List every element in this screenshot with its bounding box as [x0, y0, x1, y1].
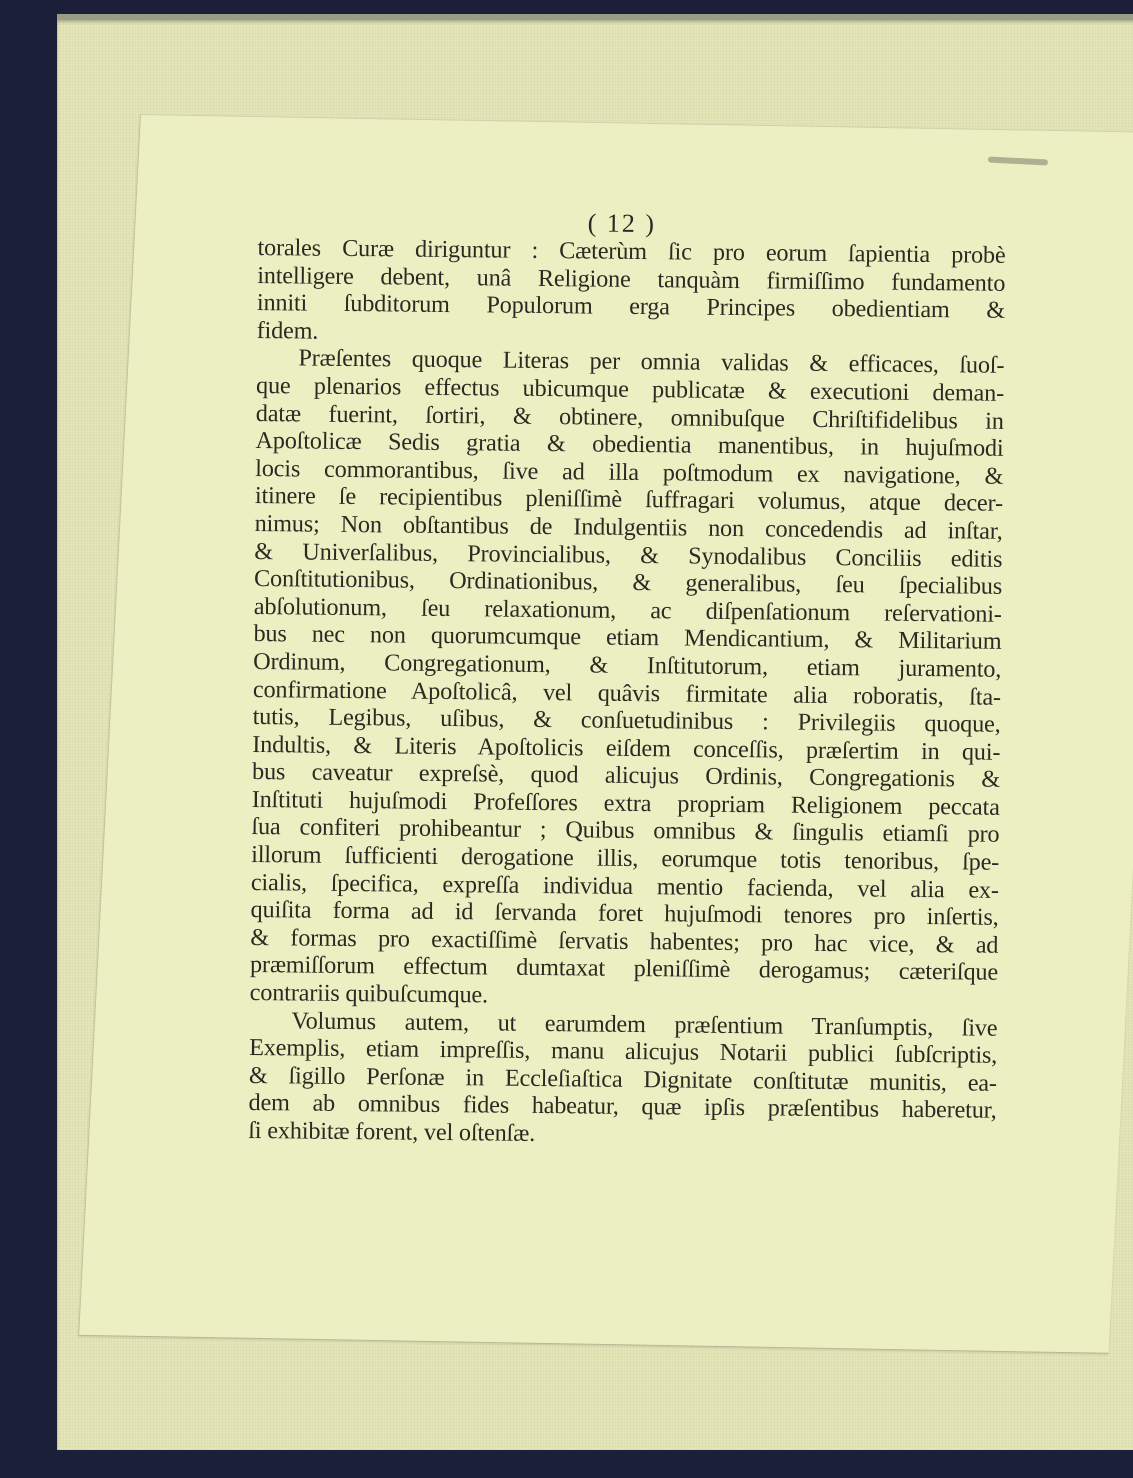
page-text-block: ( 12 ) torales Curæ diriguntur : Cæterùm… [248, 206, 1006, 1152]
paragraph-2: Præſentes quoque Literas per omnia valid… [250, 344, 1005, 1014]
paragraph-1: torales Curæ diriguntur : Cæterùm ſic pr… [257, 234, 1006, 352]
paragraph-3: Volumus autem, ut earumdem præſentium Tr… [248, 1007, 997, 1153]
